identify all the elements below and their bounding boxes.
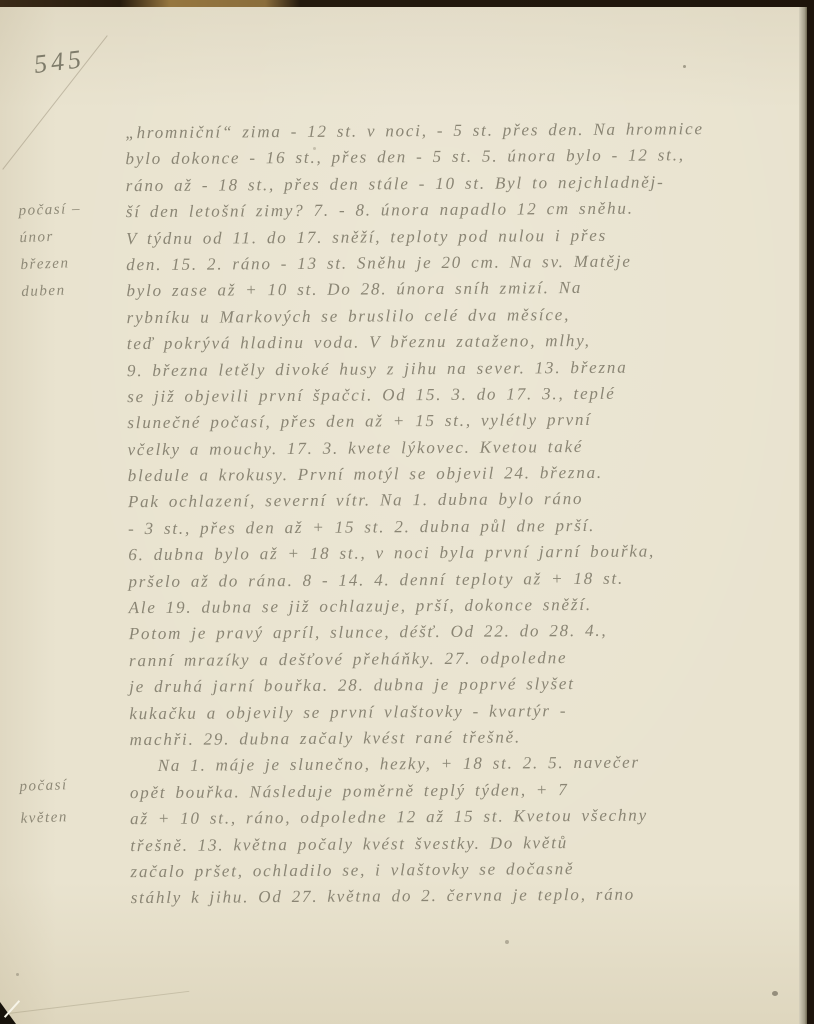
margin-note-line: počasí – — [18, 196, 81, 225]
handwritten-text-line: stáhly k jihu. Od 27. května do 2. červn… — [131, 881, 751, 912]
page-edge-shadow — [799, 7, 807, 1024]
margin-note-line: únor — [19, 223, 82, 252]
manuscript-page: 545 počasí –únorbřezenduben počasíkvěten… — [0, 7, 807, 1024]
paper-speck — [313, 147, 316, 150]
margin-note-weather-may: počasíkvěten — [19, 769, 69, 835]
handwritten-text-line: bylo dokonce - 16 st., přes den - 5 st. … — [125, 142, 745, 173]
scanned-book-photo: 545 počasí –únorbřezenduben počasíkvěten… — [0, 0, 814, 1024]
page-number: 545 — [32, 44, 86, 80]
paper-speck — [16, 973, 19, 976]
paper-speck — [772, 991, 778, 996]
margin-note-weather-months: počasí –únorbřezenduben — [18, 196, 84, 306]
paper-crease — [0, 991, 189, 1016]
handwritten-body-text: „hromniční“ zima - 12 st. v noci, - 5 st… — [125, 116, 751, 912]
paper-speck — [683, 65, 686, 68]
handwritten-text-line: ráno až - 18 st., přes den stále - 10 st… — [126, 169, 746, 200]
margin-note-line: květen — [20, 801, 69, 835]
margin-note-line: březen — [20, 250, 83, 279]
margin-note-line: duben — [21, 277, 84, 306]
margin-note-line: počasí — [19, 769, 68, 803]
paper-speck — [505, 940, 509, 944]
